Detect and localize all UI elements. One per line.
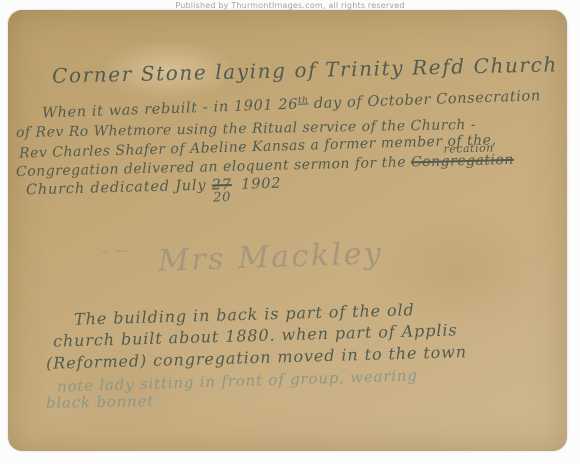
ordinal-superscript: th bbox=[298, 95, 309, 105]
correction-superscript: recation bbox=[443, 141, 493, 155]
line-text: 1902 bbox=[236, 176, 282, 193]
pencil-dashes: - — bbox=[102, 243, 131, 259]
pencil-note-bonnet: black bonnet bbox=[46, 392, 154, 412]
corrected-word: Congregationrecation bbox=[411, 152, 514, 171]
scanned-photo-card-page: { "watermark": "Published by ThurmontIma… bbox=[0, 0, 580, 464]
corrected-date: 2720 bbox=[212, 177, 232, 194]
correction-date: 20 bbox=[213, 190, 232, 205]
publisher-watermark: Published by ThurmontImages.com, all rig… bbox=[0, 1, 580, 10]
